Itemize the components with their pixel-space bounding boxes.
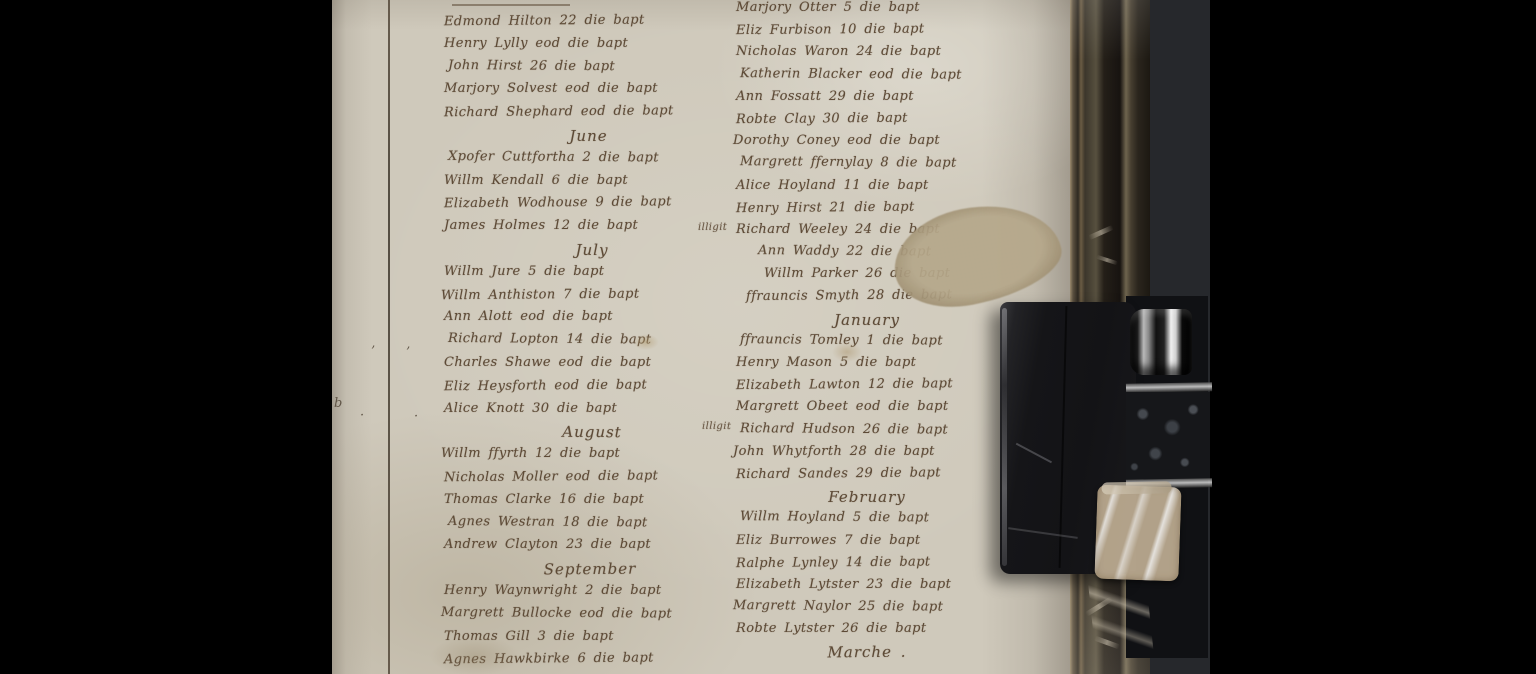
register-entry: Andrew Clayton 23 die bapt [444, 537, 736, 560]
register-entry: Katherin Blacker eod die bapt [740, 66, 998, 90]
register-entry: James Holmes 12 die bapt [444, 218, 736, 241]
month-heading-text: September [544, 560, 637, 579]
register-entry: Dorothy Coney eod die bapt [733, 133, 998, 155]
entry-text: Eliz Heysforth eod die bapt [444, 377, 647, 394]
register-entry: Willm Kendall 6 die bapt [444, 173, 736, 196]
entry-text: Margrett Naylor 25 die bapt [733, 598, 943, 614]
month-heading: September [444, 559, 736, 584]
clear-tape [1094, 485, 1181, 582]
register-entry: Richard Sandes 29 die bapt [736, 465, 998, 489]
register-entry: Margrett ffernylay 8 die bapt [740, 154, 998, 178]
entry-text: John Hirst 26 die bapt [448, 58, 615, 74]
register-entry: Margrett Obeet eod die bapt [736, 399, 998, 421]
entry-text: Xpofer Cuttfortha 2 die bapt [448, 149, 659, 165]
entry-text: Charles Shawe eod die bapt [444, 355, 651, 370]
entry-text: Willm Hoyland 5 die bapt [740, 509, 929, 525]
register-entry: Richard Lopton 14 die bapt [448, 331, 736, 356]
register-entry: Robte Lytster 26 die bapt [736, 621, 998, 643]
stain-patch [832, 342, 862, 362]
register-entry: Charles Shawe eod die bapt [444, 355, 736, 378]
register-entry: Eliz Heysforth eod die bapt [444, 376, 736, 401]
marginal-note: illigit [698, 222, 727, 233]
register-column-left: Edmond Hilton 22 die baptHenry Lylly eod… [444, 4, 736, 674]
entry-text: Alice Knott 30 die bapt [444, 401, 617, 416]
register-entry: Agnes Westran 18 die bapt [448, 514, 736, 539]
page-fold-line [388, 0, 390, 674]
entry-text: Nicholas Waron 24 die bapt [736, 44, 941, 59]
entry-text: Elizabeth Lytster 23 die bapt [736, 577, 951, 592]
register-entry: Elizabeth Lawton 12 die bapt [736, 376, 998, 400]
ink-mark: ’ [371, 344, 375, 359]
entry-text: Margrett ffernylay 8 die bapt [740, 154, 957, 171]
month-heading-text: February [828, 488, 906, 506]
ink-mark: · [414, 409, 418, 424]
register-entry: ffrauncis Tomley 1 die bapt [740, 332, 998, 356]
register-entry: Henry Mason 5 die bapt [736, 355, 998, 377]
month-heading-text: Marche . [827, 643, 906, 662]
register-entry: Eliz Furbison 10 die bapt [736, 21, 998, 45]
register-entry: Edmond Hilton 22 die bapt [444, 12, 736, 37]
stain-patch [633, 334, 659, 350]
register-entry: Ann Fossatt 29 die bapt [736, 89, 998, 111]
register-entry: Robte Clay 30 die bapt [736, 110, 998, 134]
month-heading-text: August [562, 423, 622, 441]
stain-patch [430, 636, 520, 674]
entry-text: Richard Sandes 29 die bapt [736, 465, 941, 482]
entry-text: Henry Mason 5 die bapt [736, 355, 916, 370]
entry-text: Richard Shephard eod die bapt [444, 103, 674, 120]
register-column-right: Marjory Otter 5 die baptEliz Furbison 10… [736, 0, 998, 666]
entry-text: Andrew Clayton 23 die bapt [444, 537, 651, 552]
entry-text: Katherin Blacker eod die bapt [740, 66, 962, 83]
ink-mark: b [334, 396, 342, 411]
clamp-scratch [1008, 527, 1078, 538]
entry-text: Henry Waynwright 2 die bapt [444, 583, 661, 598]
marginal-note: illigit [702, 420, 731, 431]
clamp-metal-cylinder [1130, 309, 1192, 375]
month-heading: January [736, 311, 998, 333]
register-entry: illigitRichard Hudson 26 die bapt [740, 421, 998, 445]
register-entry: Willm Anthiston 7 die bapt [441, 285, 736, 310]
entry-text: Robte Lytster 26 die bapt [736, 621, 927, 636]
ink-mark: · [360, 408, 364, 423]
month-heading-text: July [575, 241, 608, 259]
entry-text: Willm Anthiston 7 die bapt [441, 286, 640, 303]
month-heading: July [448, 240, 736, 265]
right-letterbox [1210, 0, 1536, 674]
register-entry: Eliz Burrowes 7 die bapt [736, 533, 998, 555]
register-entry: John Whytforth 28 die bapt [733, 444, 998, 466]
register-entry: John Hirst 26 die bapt [448, 58, 736, 83]
register-entry: Ralphe Lynley 14 die bapt [736, 554, 998, 578]
entry-text: Ann Fossatt 29 die bapt [736, 89, 914, 104]
entry-text: Willm Jure 5 die bapt [444, 264, 604, 279]
register-entry: Nicholas Waron 24 die bapt [736, 44, 998, 66]
register-entry: Alice Knott 30 die bapt [444, 401, 736, 424]
register-entry: Elizabeth Lytster 23 die bapt [736, 577, 998, 599]
register-entry: Margrett Naylor 25 die bapt [733, 598, 998, 622]
clamp-mottled-patch [1126, 392, 1210, 480]
register-entry: Ann Alott eod die bapt [444, 309, 736, 332]
entry-text: Alice Hoyland 11 die bapt [736, 178, 929, 193]
register-entry: Alice Hoyland 11 die bapt [736, 178, 998, 200]
clamp-scratch [1016, 443, 1052, 463]
month-heading-text: January [834, 311, 900, 329]
entry-text: Eliz Burrowes 7 die bapt [736, 533, 921, 548]
left-letterbox [0, 0, 332, 674]
month-heading: June [441, 127, 736, 150]
register-entry: Richard Shephard eod die bapt [444, 103, 736, 128]
entry-text: Dorothy Coney eod die bapt [733, 133, 940, 148]
register-entry: Thomas Clarke 16 die bapt [444, 492, 736, 515]
entry-text: Marjory Otter 5 die bapt [736, 0, 920, 15]
entry-text: Eliz Furbison 10 die bapt [736, 22, 925, 39]
entry-text: John Whytforth 28 die bapt [733, 444, 935, 459]
entry-text: Ralphe Lynley 14 die bapt [736, 554, 931, 571]
register-entry: Henry Lylly eod die bapt [444, 36, 736, 59]
month-heading: August [448, 422, 736, 447]
entry-text: Nicholas Moller eod die bapt [444, 468, 658, 485]
clamp-edge-highlight [1002, 308, 1007, 566]
entry-text: Richard Hudson 26 die bapt [740, 421, 948, 437]
entry-text: Agnes Westran 18 die bapt [448, 514, 648, 530]
month-heading: Marche . [736, 642, 998, 666]
register-entry: Margrett Bullocke eod die bapt [441, 605, 736, 630]
entry-text: Henry Hirst 21 die bapt [736, 199, 915, 216]
entry-text: Henry Lylly eod die bapt [444, 36, 628, 51]
entry-text: Elizabeth Wodhouse 9 die bapt [444, 195, 672, 212]
entry-text: Ann Alott eod die bapt [444, 309, 613, 324]
entry-text: Margrett Obeet eod die bapt [736, 399, 949, 414]
month-heading-text: June [569, 127, 607, 145]
manuscript-page: Edmond Hilton 22 die baptHenry Lylly eod… [332, 0, 1070, 674]
register-entry: Willm ffyrth 12 die bapt [441, 446, 736, 469]
binding-crinkle [1088, 225, 1114, 240]
entry-text: Willm Kendall 6 die bapt [444, 173, 628, 188]
entry-text: Elizabeth Lawton 12 die bapt [736, 376, 953, 393]
month-heading: February [736, 488, 998, 510]
entry-text: Margrett Bullocke eod die bapt [441, 605, 672, 622]
entry-text: James Holmes 12 die bapt [444, 218, 638, 233]
register-entry: Nicholas Moller eod die bapt [444, 468, 736, 493]
entry-text: Thomas Clarke 16 die bapt [444, 492, 644, 507]
entry-text: Edmond Hilton 22 die bapt [444, 13, 645, 30]
ink-mark: ’ [406, 345, 410, 360]
binding-crinkle [1096, 255, 1118, 266]
register-entry: Marjory Otter 5 die bapt [736, 0, 998, 22]
manuscript-photo: Edmond Hilton 22 die baptHenry Lylly eod… [0, 0, 1536, 674]
register-entry: Willm Hoyland 5 die bapt [740, 509, 998, 533]
register-entry: Elizabeth Wodhouse 9 die bapt [444, 194, 736, 219]
register-entry: Marjory Solvest eod die bapt [444, 81, 736, 104]
entry-text: Richard Lopton 14 die bapt [448, 331, 651, 347]
register-entry: Henry Waynwright 2 die bapt [444, 583, 736, 606]
entry-text: Marjory Solvest eod die bapt [444, 81, 658, 96]
clamp-seam [1059, 306, 1068, 568]
entry-text: Willm ffyrth 12 die bapt [441, 446, 620, 461]
entry-text: Robte Clay 30 die bapt [736, 111, 908, 127]
register-entry: Xpofer Cuttfortha 2 die bapt [448, 149, 736, 174]
clear-tape-tail [1088, 579, 1153, 659]
register-entry: Willm Jure 5 die bapt [444, 264, 736, 287]
